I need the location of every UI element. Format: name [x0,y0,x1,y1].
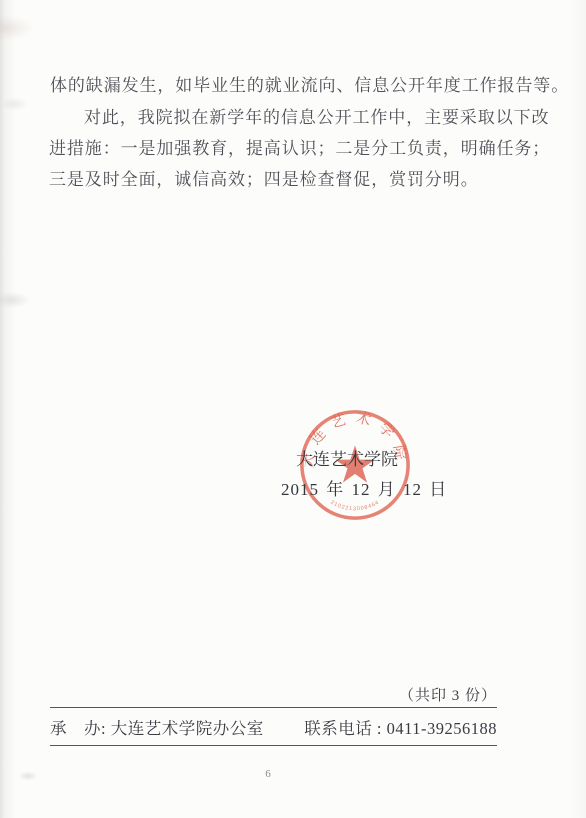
scanned-document-page: 体的缺漏发生，如毕业生的就业流向、信息公开年度工作报告等。 对此，我院拟在新学年… [0,0,586,818]
colophon: （共印 3 份） 承 办: 大连艺术学院办公室 联系电话 : 0411-3925… [50,687,497,746]
body-line-4: 三是及时全面，诚信高效；四是检查督促，赏罚分明。 [49,165,479,190]
undertaker-office: 承 办: 大连艺术学院办公室 [50,715,264,739]
body-line-2: 对此，我院拟在新学年的信息公开工作中，主要采取以下改 [84,103,549,128]
body-line-3: 进措施：一是加强教育，提高认识；二是分工负责，明确任务； [49,134,550,159]
page-number: 6 [256,768,280,780]
copies-count: （共印 3 份） [50,687,497,705]
signature-org-name: 大连艺术学院 [296,445,398,470]
body-line-1: 体的缺漏发生，如毕业生的就业流向、信息公开年度工作报告等。 [50,71,569,96]
contact-phone: 联系电话 : 0411-39256188 [304,715,497,739]
signature-date: 2015 年 12 月 12 日 [281,475,447,500]
seal-serial-number: 2102213008464 [329,500,380,513]
colophon-row: 承 办: 大连艺术学院办公室 联系电话 : 0411-39256188 [50,708,497,745]
colophon-rule-bottom [50,745,497,746]
svg-text:2102213008464: 2102213008464 [329,500,380,513]
